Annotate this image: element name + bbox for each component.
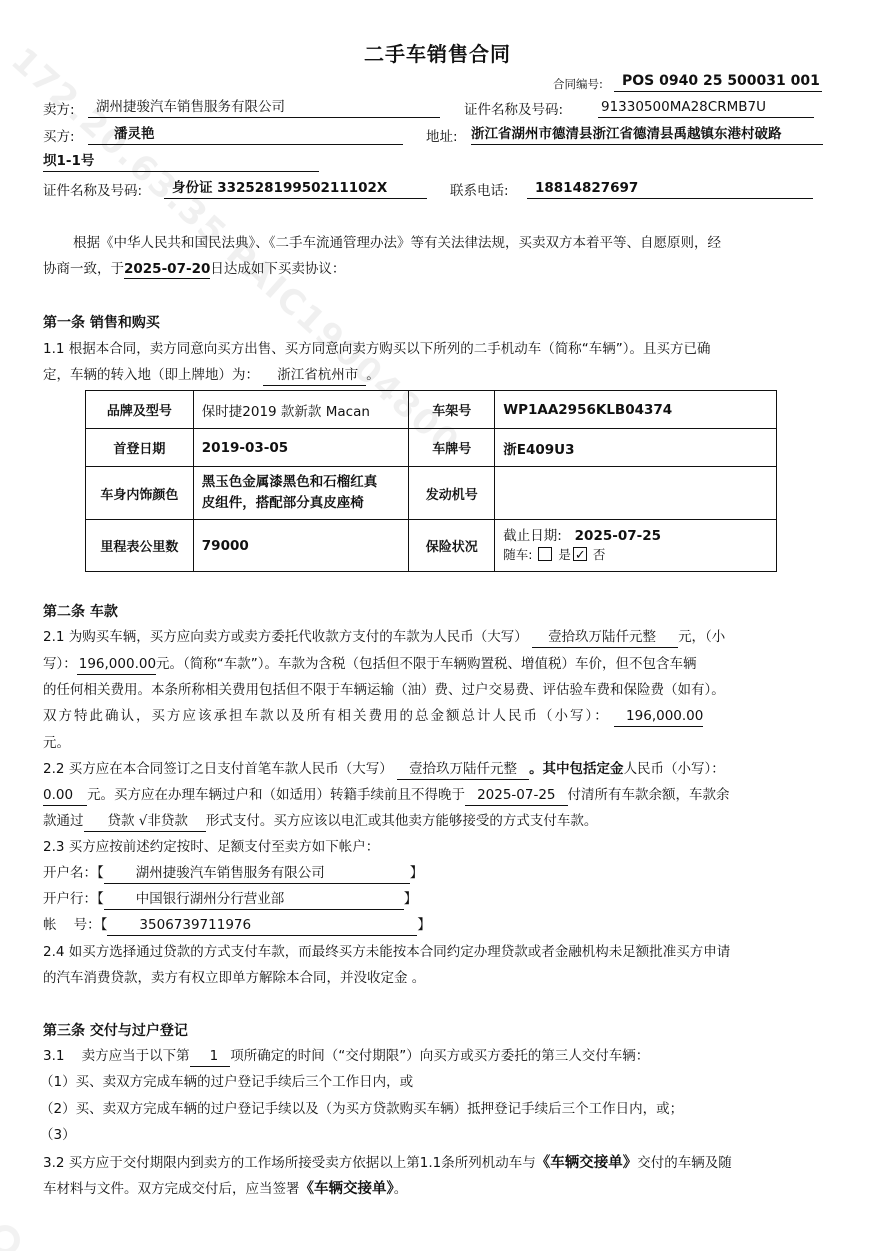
contract-no-label: 合同编号: xyxy=(553,79,603,91)
handover-doc-name: 《车辆交接单》 xyxy=(300,1181,394,1197)
buyer-address-line2-field: 坝1-1号 xyxy=(43,154,319,172)
buyer-address-field: 浙江省湖州市德清县浙江省德清县禹越镇东港村破路 xyxy=(471,127,823,145)
deposit-note: 。其中包括定金 xyxy=(529,761,624,777)
payment-method: 贷款 √非贷款 xyxy=(84,815,206,832)
article3-text: 车材料与文件。双方完成交付后，应当签署 xyxy=(43,1181,300,1197)
table-row: 里程表公里数 79000 保险状况 截止日期: 2025-07-25 随车: 是… xyxy=(86,520,777,572)
article2-text: 形式支付。买方应该以电汇或其他卖方能够接受的方式支付车款。 xyxy=(206,813,598,829)
article3-text: 3.1 卖方应当于以下第 xyxy=(43,1048,190,1064)
engine-no-label: 发动机号 xyxy=(409,467,495,520)
bracket: 】 xyxy=(410,865,424,881)
insurance-label: 保险状况 xyxy=(409,520,495,572)
table-row: 首登日期 2019-03-05 车牌号 浙E409U3 xyxy=(86,429,777,467)
preamble-text: 日达成如下买卖协议： xyxy=(210,261,345,277)
article1-heading: 第一条 销售和购买 xyxy=(43,316,160,330)
agreement-date: 2025-07-20 xyxy=(124,263,210,279)
article3-heading: 第三条 交付与过户登记 xyxy=(43,1024,188,1038)
buyer-phone-field: 18814827697 xyxy=(527,181,813,199)
yes-label: 是 xyxy=(558,547,571,562)
article1-p1-line1: 1.1 根据本合同，卖方同意向买方出售、买方同意向卖方购买以下所列的二手机动车（… xyxy=(43,343,711,357)
article2-p22-line2: 0.00元。买方应在办理车辆过户和（如适用）转籍手续前且不得晚于2025-07-… xyxy=(43,789,730,806)
buyer-id-value: 身份证 33252819950211102X xyxy=(172,176,387,196)
preamble-line1: 根据《中华人民共和国民法典》、《二手车流通管理办法》等有关法律法规，买卖双方本着… xyxy=(73,237,721,251)
account-no: 3506739711976 xyxy=(107,919,417,936)
contract-no-value: POS 0940 25 500031 001 xyxy=(622,73,820,89)
seller-id-value: 91330500MA28CRMB7U xyxy=(601,99,766,115)
article3-text: 交付的车辆及随 xyxy=(637,1155,732,1171)
article2-p22-line3: 款通过贷款 √非贷款形式支付。买方应该以电汇或其他卖方能够接受的方式支付车款。 xyxy=(43,815,597,832)
no-checkbox[interactable] xyxy=(573,547,587,561)
document-title: 二手车销售合同 xyxy=(0,44,875,64)
vin-label: 车架号 xyxy=(409,391,495,429)
article1-text: 定，车辆的转入地（即上牌地）为： xyxy=(43,367,259,383)
seller-label: 卖方: xyxy=(43,104,75,118)
preamble-text: 协商一致，于 xyxy=(43,261,124,277)
payment-deadline: 2025-07-25 xyxy=(465,789,567,806)
article2-text: 写）： xyxy=(43,656,77,672)
transfer-city: 浙江省杭州市 xyxy=(263,369,366,386)
article2-p21-line4: 双方特此确认，买方应该承担车款以及所有相关费用的总金额总计人民币（小写）： 19… xyxy=(43,710,703,727)
plate-label: 车牌号 xyxy=(409,429,495,467)
article3-option2: （2）买、卖双方完成车辆的过户登记手续以及（为买方贷款购买车辆）抵押登记手续后三… xyxy=(40,1103,683,1117)
article3-option3: （3） xyxy=(40,1129,76,1143)
article2-text: 2.1 为购买车辆，买方应向卖方或卖方委托代收款方支付的车款为人民币（大写） xyxy=(43,629,528,645)
color-label: 车身内饰颜色 xyxy=(86,467,194,520)
article3-p32-line1: 3.2 买方应于交付期限内到卖方的工作场所接受卖方依据以上第1.1条所列机动车与… xyxy=(43,1156,732,1171)
article2-p24-line2: 的汽车消费贷款，卖方有权立即单方解除本合同，并没收定金 。 xyxy=(43,972,425,986)
seller-name: 湖州捷骏汽车销售服务有限公司 xyxy=(96,95,285,115)
article3-p31: 3.1 卖方应当于以下第1项所确定的时间（“交付期限”）向买方或买方委托的第三人… xyxy=(43,1050,649,1067)
buyer-address-line2: 坝1-1号 xyxy=(43,149,94,169)
article2-p21-line5: 元。 xyxy=(43,737,70,751)
buyer-name-field: 潘灵艳 xyxy=(88,127,403,145)
article1-text: 。 xyxy=(366,367,380,383)
article2-text: 元。（简称“车款”）。车款为含税（包括但不限于车辆购置税、增值税）车价，但不包含… xyxy=(156,656,697,672)
contract-no-field: POS 0940 25 500031 001 xyxy=(614,74,822,92)
brand-model-label: 品牌及型号 xyxy=(86,391,194,429)
buyer-id-field: 身份证 33252819950211102X xyxy=(164,181,427,199)
article3-text: 。 xyxy=(394,1181,408,1197)
account-name-label: 开户名：【 xyxy=(43,865,104,881)
deposit-amount: 0.00 xyxy=(43,789,87,806)
article3-text: 项所确定的时间（“交付期限”）向买方或买方委托的第三人交付车辆： xyxy=(230,1048,649,1064)
article1-p1-line2: 定，车辆的转入地（即上牌地）为： 浙江省杭州市。 xyxy=(43,369,380,386)
first-reg-value: 2019-03-05 xyxy=(193,429,409,467)
amount-upper: 壹拾玖万陆仟元整 xyxy=(532,631,678,648)
article3-text: 3.2 买方应于交付期限内到卖方的工作场所接受卖方依据以上第1.1条所列机动车与 xyxy=(43,1155,536,1171)
article2-text: 付清所有车款余额，车款余 xyxy=(568,787,730,803)
vin-value: WP1AA2956KLB04374 xyxy=(495,391,777,429)
with-car-label: 随车: xyxy=(503,547,532,562)
brand-model-value: 保时捷2019 款新款 Macan xyxy=(193,391,409,429)
yes-checkbox[interactable] xyxy=(538,547,552,561)
color-value-line2: 皮组件，搭配部分真皮座椅 xyxy=(202,493,401,514)
article2-p23: 2.3 买方应按前述约定按时、足额支付至卖方如下帐户： xyxy=(43,841,379,855)
first-reg-label: 首登日期 xyxy=(86,429,194,467)
account-name-row: 开户名：【湖州捷骏汽车销售服务有限公司】 xyxy=(43,867,423,884)
buyer-address-line1: 浙江省湖州市德清县浙江省德清县禹越镇东港村破路 xyxy=(471,122,782,142)
first-payment-upper: 壹拾玖万陆仟元整 xyxy=(397,763,529,780)
mileage-value: 79000 xyxy=(193,520,409,572)
article2-text: 2.2 买方应在本合同签订之日支付首笔车款人民币（大写） xyxy=(43,761,393,777)
buyer-address-label: 地址: xyxy=(426,131,458,145)
delivery-item-no: 1 xyxy=(190,1050,231,1067)
watermark-circle xyxy=(0,1225,20,1251)
account-name: 湖州捷骏汽车销售服务有限公司 xyxy=(104,867,410,884)
account-no-label: 帐 号：【 xyxy=(43,917,107,933)
article2-p21-line2: 写）：196,000.00元。（简称“车款”）。车款为含税（包括但不限于车辆购置… xyxy=(43,658,697,675)
article2-p21-line1: 2.1 为购买车辆，买方应向卖方或卖方委托代收款方支付的车款为人民币（大写） 壹… xyxy=(43,631,725,648)
mileage-label: 里程表公里数 xyxy=(86,520,194,572)
color-value: 黑玉色金属漆黑色和石榴红真 皮组件，搭配部分真皮座椅 xyxy=(193,467,409,520)
handover-doc-name: 《车辆交接单》 xyxy=(536,1155,638,1171)
no-label: 否 xyxy=(593,547,606,562)
buyer-id-label: 证件名称及号码: xyxy=(43,185,142,199)
bank-name: 中国银行湖州分行营业部 xyxy=(104,893,404,910)
article3-p32-line2: 车材料与文件。双方完成交付后，应当签署《车辆交接单》。 xyxy=(43,1182,407,1197)
article2-text: 元。买方应在办理车辆过户和（如适用）转籍手续前且不得晚于 xyxy=(87,787,465,803)
article2-text: 双方特此确认，买方应该承担车款以及所有相关费用的总金额总计人民币（小写）： xyxy=(43,708,610,724)
bracket: 】 xyxy=(417,917,431,933)
total-amount: 196,000.00 xyxy=(614,710,703,727)
bracket: 】 xyxy=(404,891,418,907)
article2-p22-line1: 2.2 买方应在本合同签订之日支付首笔车款人民币（大写） 壹拾玖万陆仟元整。其中… xyxy=(43,763,725,780)
article2-p24-line1: 2.4 如买方选择通过贷款的方式支付车款，而最终买方未能按本合同约定办理贷款或者… xyxy=(43,946,730,960)
buyer-phone: 18814827697 xyxy=(535,180,638,196)
seller-id-label: 证件名称及号码: xyxy=(464,104,563,118)
expiry-label: 截止日期: xyxy=(503,528,562,544)
table-row: 品牌及型号 保时捷2019 款新款 Macan 车架号 WP1AA2956KLB… xyxy=(86,391,777,429)
bank-row: 开户行：【中国银行湖州分行营业部】 xyxy=(43,893,417,910)
seller-id-field: 91330500MA28CRMB7U xyxy=(598,100,814,118)
seller-name-field: 湖州捷骏汽车销售服务有限公司 xyxy=(88,100,440,118)
article2-text: 人民币（小写）： xyxy=(624,761,725,777)
preamble-line2: 协商一致，于2025-07-20日达成如下买卖协议： xyxy=(43,263,345,279)
article2-text: 元，（小 xyxy=(678,629,725,645)
article2-p21-line3: 的任何相关费用。本条所称相关费用包括但不限于车辆运输（油）费、过户交易费、评估验… xyxy=(43,684,725,698)
amount-lower: 196,000.00 xyxy=(77,658,156,675)
article3-option1: （1）买、卖双方完成车辆的过户登记手续后三个工作日内，或 xyxy=(40,1076,413,1090)
article2-text: 款通过 xyxy=(43,813,84,829)
article2-heading: 第二条 车款 xyxy=(43,605,118,619)
bank-label: 开户行：【 xyxy=(43,891,104,907)
engine-no-value xyxy=(495,467,777,520)
color-value-line1: 黑玉色金属漆黑色和石榴红真 xyxy=(202,472,401,493)
table-row: 车身内饰颜色 黑玉色金属漆黑色和石榴红真 皮组件，搭配部分真皮座椅 发动机号 xyxy=(86,467,777,520)
plate-value: 浙E409U3 xyxy=(495,429,777,467)
expiry-date: 2025-07-25 xyxy=(575,528,661,544)
buyer-label: 买方: xyxy=(43,131,75,145)
vehicle-table: 品牌及型号 保时捷2019 款新款 Macan 车架号 WP1AA2956KLB… xyxy=(85,390,777,572)
insurance-value: 截止日期: 2025-07-25 随车: 是 否 xyxy=(495,520,777,572)
buyer-name: 潘灵艳 xyxy=(114,122,155,142)
account-no-row: 帐 号：【3506739711976】 xyxy=(43,919,431,936)
buyer-phone-label: 联系电话: xyxy=(450,185,509,199)
